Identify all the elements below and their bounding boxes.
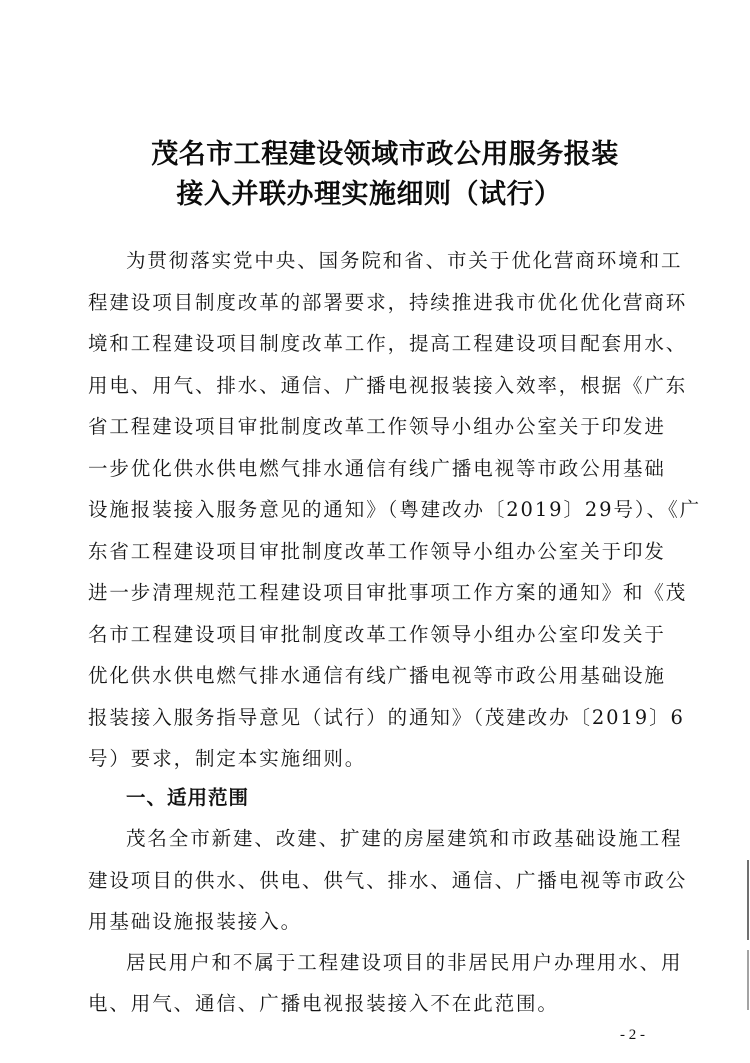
preamble-line: 一步优化供水供电燃气排水通信有线广播电视等市政公用基础 bbox=[88, 456, 668, 482]
document-title-line-2: 接入并联办理实施细则（试行） bbox=[0, 172, 744, 211]
scan-edge-mark bbox=[747, 860, 749, 940]
preamble-line: 东省工程建设项目审批制度改革工作领导小组办公室关于印发 bbox=[88, 539, 668, 565]
preamble-line: 用电、用气、排水、通信、广播电视报装接入效率，根据《广东 bbox=[88, 373, 668, 399]
preamble-line: 进一步清理规范工程建设项目审批事项工作方案的通知》和《茂 bbox=[88, 580, 668, 606]
preamble-line: 号）要求，制定本实施细则。 bbox=[88, 746, 668, 772]
preamble-line: 为贯彻落实党中央、国务院和省、市关于优化营商环境和工 bbox=[126, 248, 706, 274]
preamble-line: 程建设项目制度改革的部署要求，持续推进我市优化优化营商环 bbox=[88, 290, 668, 316]
page-number: - 2 - bbox=[620, 1027, 645, 1044]
preamble-line: 设施报装接入服务意见的通知》（粤建改办〔2019〕29号）、《广 bbox=[88, 497, 668, 523]
preamble-line: 报装接入服务指导意见（试行）的通知》（茂建改办〔2019〕6 bbox=[88, 705, 668, 731]
preamble-line: 境和工程建设项目制度改革工作，提高工程建设项目配套用水、 bbox=[88, 331, 668, 357]
preamble-line: 省工程建设项目审批制度改革工作领导小组办公室关于印发进 bbox=[88, 414, 668, 440]
scan-edge-mark bbox=[747, 950, 749, 1010]
preamble-line: 名市工程建设项目审批制度改革工作领导小组办公室印发关于 bbox=[88, 622, 668, 648]
scope-line: 建设项目的供水、供电、供气、排水、通信、广播电视等市政公 bbox=[88, 868, 668, 894]
scope-line: 电、用气、通信、广播电视报装接入不在此范围。 bbox=[88, 991, 668, 1017]
preamble-line: 优化供水供电燃气排水通信有线广播电视等市政公用基础设施 bbox=[88, 663, 668, 689]
section-heading-scope: 一、适用范围 bbox=[126, 785, 249, 811]
document-title-line-1: 茂名市工程建设领域市政公用服务报装 bbox=[10, 132, 750, 171]
scope-line: 居民用户和不属于工程建设项目的非居民用户办理用水、用 bbox=[126, 950, 706, 976]
scope-line: 茂名全市新建、改建、扩建的房屋建筑和市政基础设施工程 bbox=[126, 826, 706, 852]
document-page: 茂名市工程建设领域市政公用服务报装 接入并联办理实施细则（试行） 为贯彻落实党中… bbox=[0, 0, 750, 1063]
scope-line: 用基础设施报装接入。 bbox=[88, 909, 668, 935]
